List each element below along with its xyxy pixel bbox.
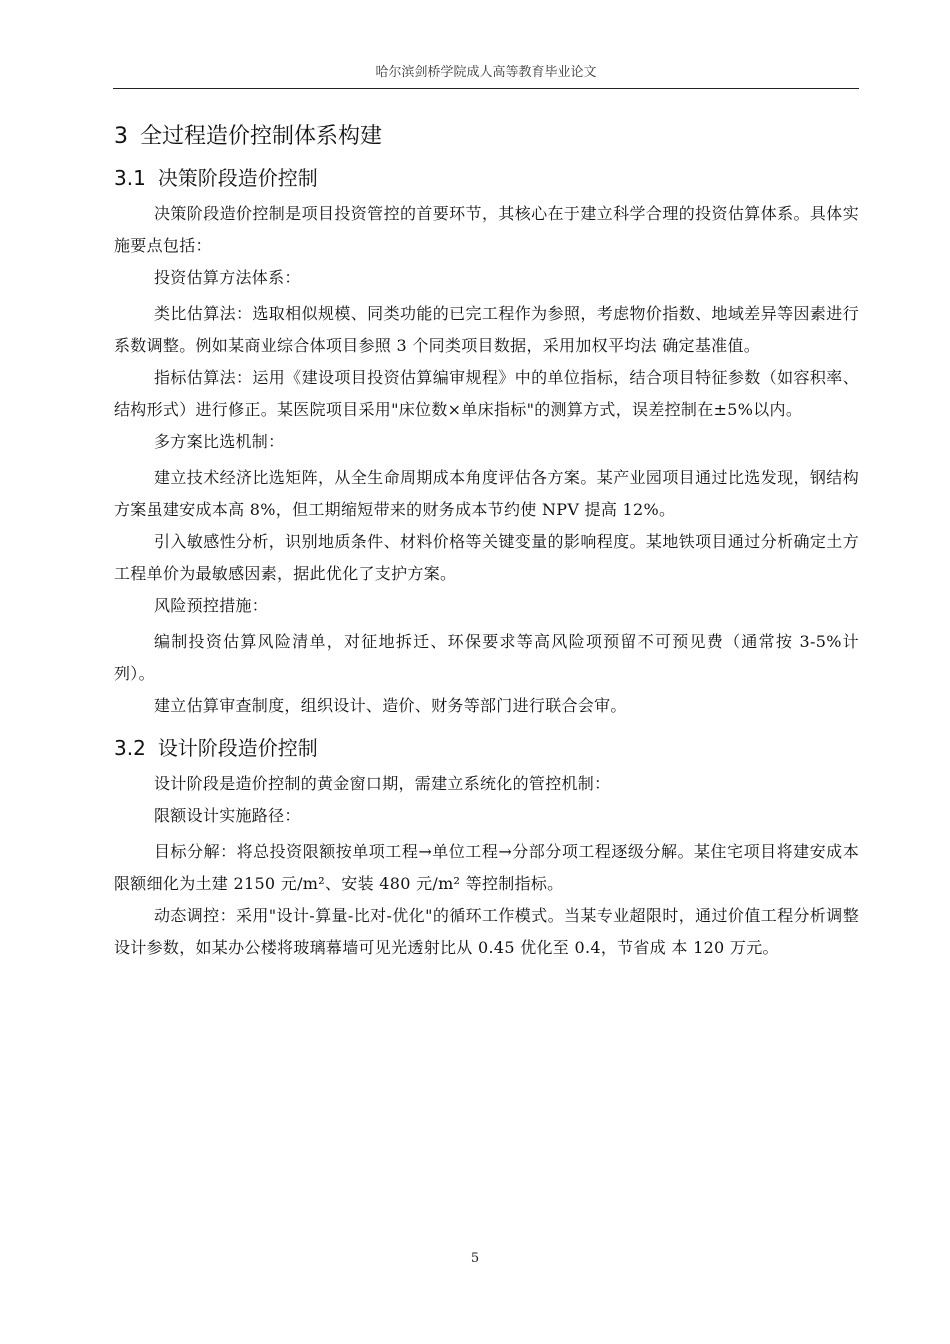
paragraph: 设计阶段是造价控制的黄金窗口期，需建立系统化的管控机制： xyxy=(114,768,859,800)
paragraph-subheading: 多方案比选机制： xyxy=(114,426,859,458)
paragraph-subheading: 限额设计实施路径： xyxy=(114,800,859,832)
chapter-number: 3 xyxy=(114,124,128,149)
header-divider xyxy=(113,88,859,89)
paragraph: 建立估算审查制度，组织设计、造价、财务等部门进行联合会审。 xyxy=(114,690,859,722)
paragraph: 编制投资估算风险清单，对征地拆迁、环保要求等高风险项预留不可预见费（通常按 3-… xyxy=(114,626,859,690)
section-heading-3-1: 3.1决策阶段造价控制 xyxy=(114,162,859,194)
chapter-heading: 3全过程造价控制体系构建 xyxy=(114,120,859,154)
page-body: 3全过程造价控制体系构建 3.1决策阶段造价控制 决策阶段造价控制是项目投资管控… xyxy=(114,120,859,964)
paragraph: 建立技术经济比选矩阵，从全生命周期成本角度评估各方案。某产业园项目通过比选发现，… xyxy=(114,462,859,526)
paragraph-subheading: 投资估算方法体系： xyxy=(114,262,859,294)
chapter-title: 全过程造价控制体系构建 xyxy=(140,124,382,149)
paragraph: 动态调控：采用"设计-算量-比对-优化"的循环工作模式。当某专业超限时，通过价值… xyxy=(114,900,859,964)
paragraph: 决策阶段造价控制是项目投资管控的首要环节，其核心在于建立科学合理的投资估算体系。… xyxy=(114,198,859,262)
paragraph: 目标分解：将总投资限额按单项工程→单位工程→分部分项工程逐级分解。某住宅项目将建… xyxy=(114,836,859,900)
section-number: 3.2 xyxy=(114,736,146,760)
paragraph: 指标估算法：运用《建设项目投资估算编审规程》中的单位指标，结合项目特征参数（如容… xyxy=(114,362,859,426)
paragraph: 类比估算法：选取相似规模、同类功能的已完工程作为参照，考虑物价指数、地域差异等因… xyxy=(114,298,859,362)
section-heading-3-2: 3.2设计阶段造价控制 xyxy=(114,732,859,764)
section-title: 决策阶段造价控制 xyxy=(158,166,318,190)
section-number: 3.1 xyxy=(114,166,146,190)
page-number: 5 xyxy=(0,1251,950,1266)
section-title: 设计阶段造价控制 xyxy=(158,736,318,760)
paragraph: 引入敏感性分析，识别地质条件、材料价格等关键变量的影响程度。某地铁项目通过分析确… xyxy=(114,526,859,590)
running-header: 哈尔滨剑桥学院成人高等教育毕业论文 xyxy=(113,64,859,82)
paragraph-subheading: 风险预控措施： xyxy=(114,590,859,622)
